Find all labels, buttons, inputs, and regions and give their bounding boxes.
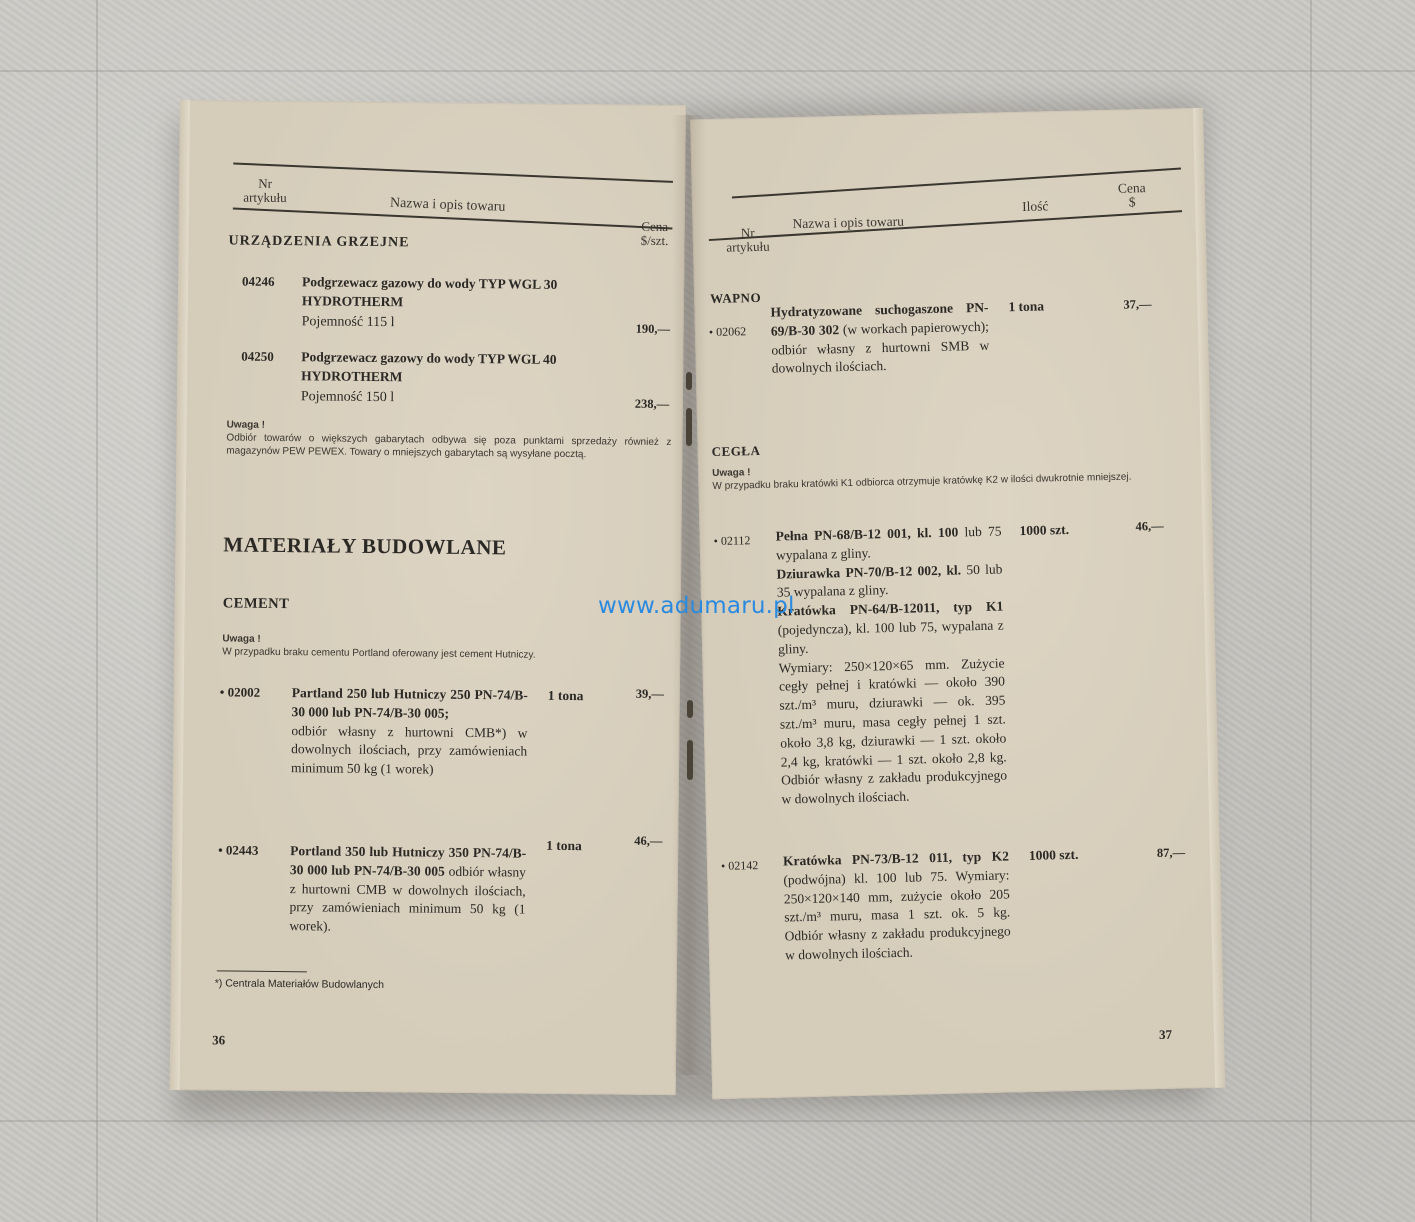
- item-capacity: Pojemność 115 l: [302, 313, 395, 333]
- item-price: 238,—: [635, 395, 670, 414]
- note-heating: Uwaga ! Odbiór towarów o większych gabar…: [226, 418, 671, 462]
- item-number: • 02443: [218, 841, 259, 860]
- staple-top-upper: [686, 372, 692, 390]
- section-heading-cement: CEMENT: [223, 595, 290, 613]
- header-col-number: Nr artykułu: [225, 176, 305, 205]
- item-description: Portland 350 lub Hutniczy 350 PN-74/B-30…: [289, 842, 526, 938]
- item-price: 46,—: [1135, 517, 1164, 536]
- watermark: www.adumaru.pl: [598, 593, 795, 619]
- list-item: • 02142 Kratówka PN-73/B-12 011, typ K2 …: [721, 843, 1191, 854]
- note-cement: Uwaga ! W przypadku braku cementu Portla…: [222, 632, 670, 663]
- item-quantity: 1 tona: [546, 837, 582, 856]
- item-description: Kratówka PN-73/B-12 011, typ K2 (podwójn…: [783, 847, 1012, 965]
- footnote: *) Centrala Materiałów Budowlanych: [215, 977, 384, 991]
- item-quantity: 1000 szt.: [1029, 846, 1079, 866]
- item-price: 87,—: [1157, 843, 1186, 862]
- header-col-price: Cena $: [1107, 181, 1158, 210]
- item-quantity: 1000 szt.: [1019, 521, 1069, 541]
- item-number: 04246: [242, 273, 275, 292]
- note-brick: Uwaga ! W przypadku braku kratówki K1 od…: [712, 457, 1162, 493]
- item-name: Podgrzewacz gazowy do wody TYP WGL 30 HY…: [302, 273, 632, 314]
- section-heading-brick: CEGŁA: [711, 443, 760, 460]
- staple-top-lower: [686, 408, 692, 446]
- header-col-quantity: Ilość: [1022, 199, 1049, 214]
- item-price: 46,—: [634, 832, 662, 851]
- header-col-name: Nazwa i opis towaru: [390, 197, 506, 215]
- staple-bottom-upper: [687, 700, 693, 718]
- list-item: • 02443 Portland 350 lub Hutniczy 350 PN…: [218, 841, 668, 846]
- item-price: 39,—: [636, 685, 664, 704]
- item-number: • 02112: [713, 531, 750, 551]
- item-number: • 02142: [721, 856, 759, 876]
- item-description: Pełna PN-68/B-12 001, kl. 100 lub 75 wyp…: [775, 523, 1007, 810]
- item-name: Podgrzewacz gazowy do wody TYP WGL 40 HY…: [301, 348, 631, 389]
- list-item: 04250 Podgrzewacz gazowy do wody TYP WGL…: [241, 348, 671, 353]
- item-price: 190,—: [636, 320, 671, 339]
- item-capacity: Pojemność 150 l: [301, 388, 395, 408]
- item-quantity: 1 tona: [548, 687, 584, 706]
- item-quantity: 1 tona: [1008, 297, 1044, 317]
- item-number: • 02062: [709, 322, 747, 342]
- list-item: • 02062 Hydratyzowane suchogaszone PN-69…: [708, 294, 1178, 305]
- section-heading-lime: WAPNO: [710, 290, 761, 307]
- item-description: Partland 250 lub Hutniczy 250 PN-74/B-30…: [291, 684, 528, 780]
- chapter-title: MATERIAŁY BUDOWLANE: [223, 532, 506, 560]
- item-number: 04250: [241, 348, 274, 367]
- item-number: • 02002: [220, 683, 261, 702]
- note-text: Odbiór towarów o większych gabarytach od…: [226, 431, 671, 462]
- section-heading-heating: URZĄDZENIA GRZEJNE: [228, 233, 409, 251]
- page-number: 36: [212, 1032, 225, 1048]
- item-price: 37,—: [1123, 295, 1152, 314]
- list-item: • 02002 Partland 250 lub Hutniczy 250 PN…: [220, 683, 670, 688]
- item-description: Hydratyzowane suchogaszone PN-69/B-30 30…: [770, 299, 990, 379]
- list-item: 04246 Podgrzewacz gazowy do wody TYP WGL…: [242, 273, 672, 278]
- page-number: 37: [1159, 1027, 1172, 1043]
- footnote-rule: [217, 970, 307, 972]
- staple-bottom-lower: [687, 740, 693, 780]
- header-col-number: Nr artykułu: [713, 225, 784, 255]
- list-item: • 02112 Pełna PN-68/B-12 001, kl. 100 lu…: [713, 518, 1183, 529]
